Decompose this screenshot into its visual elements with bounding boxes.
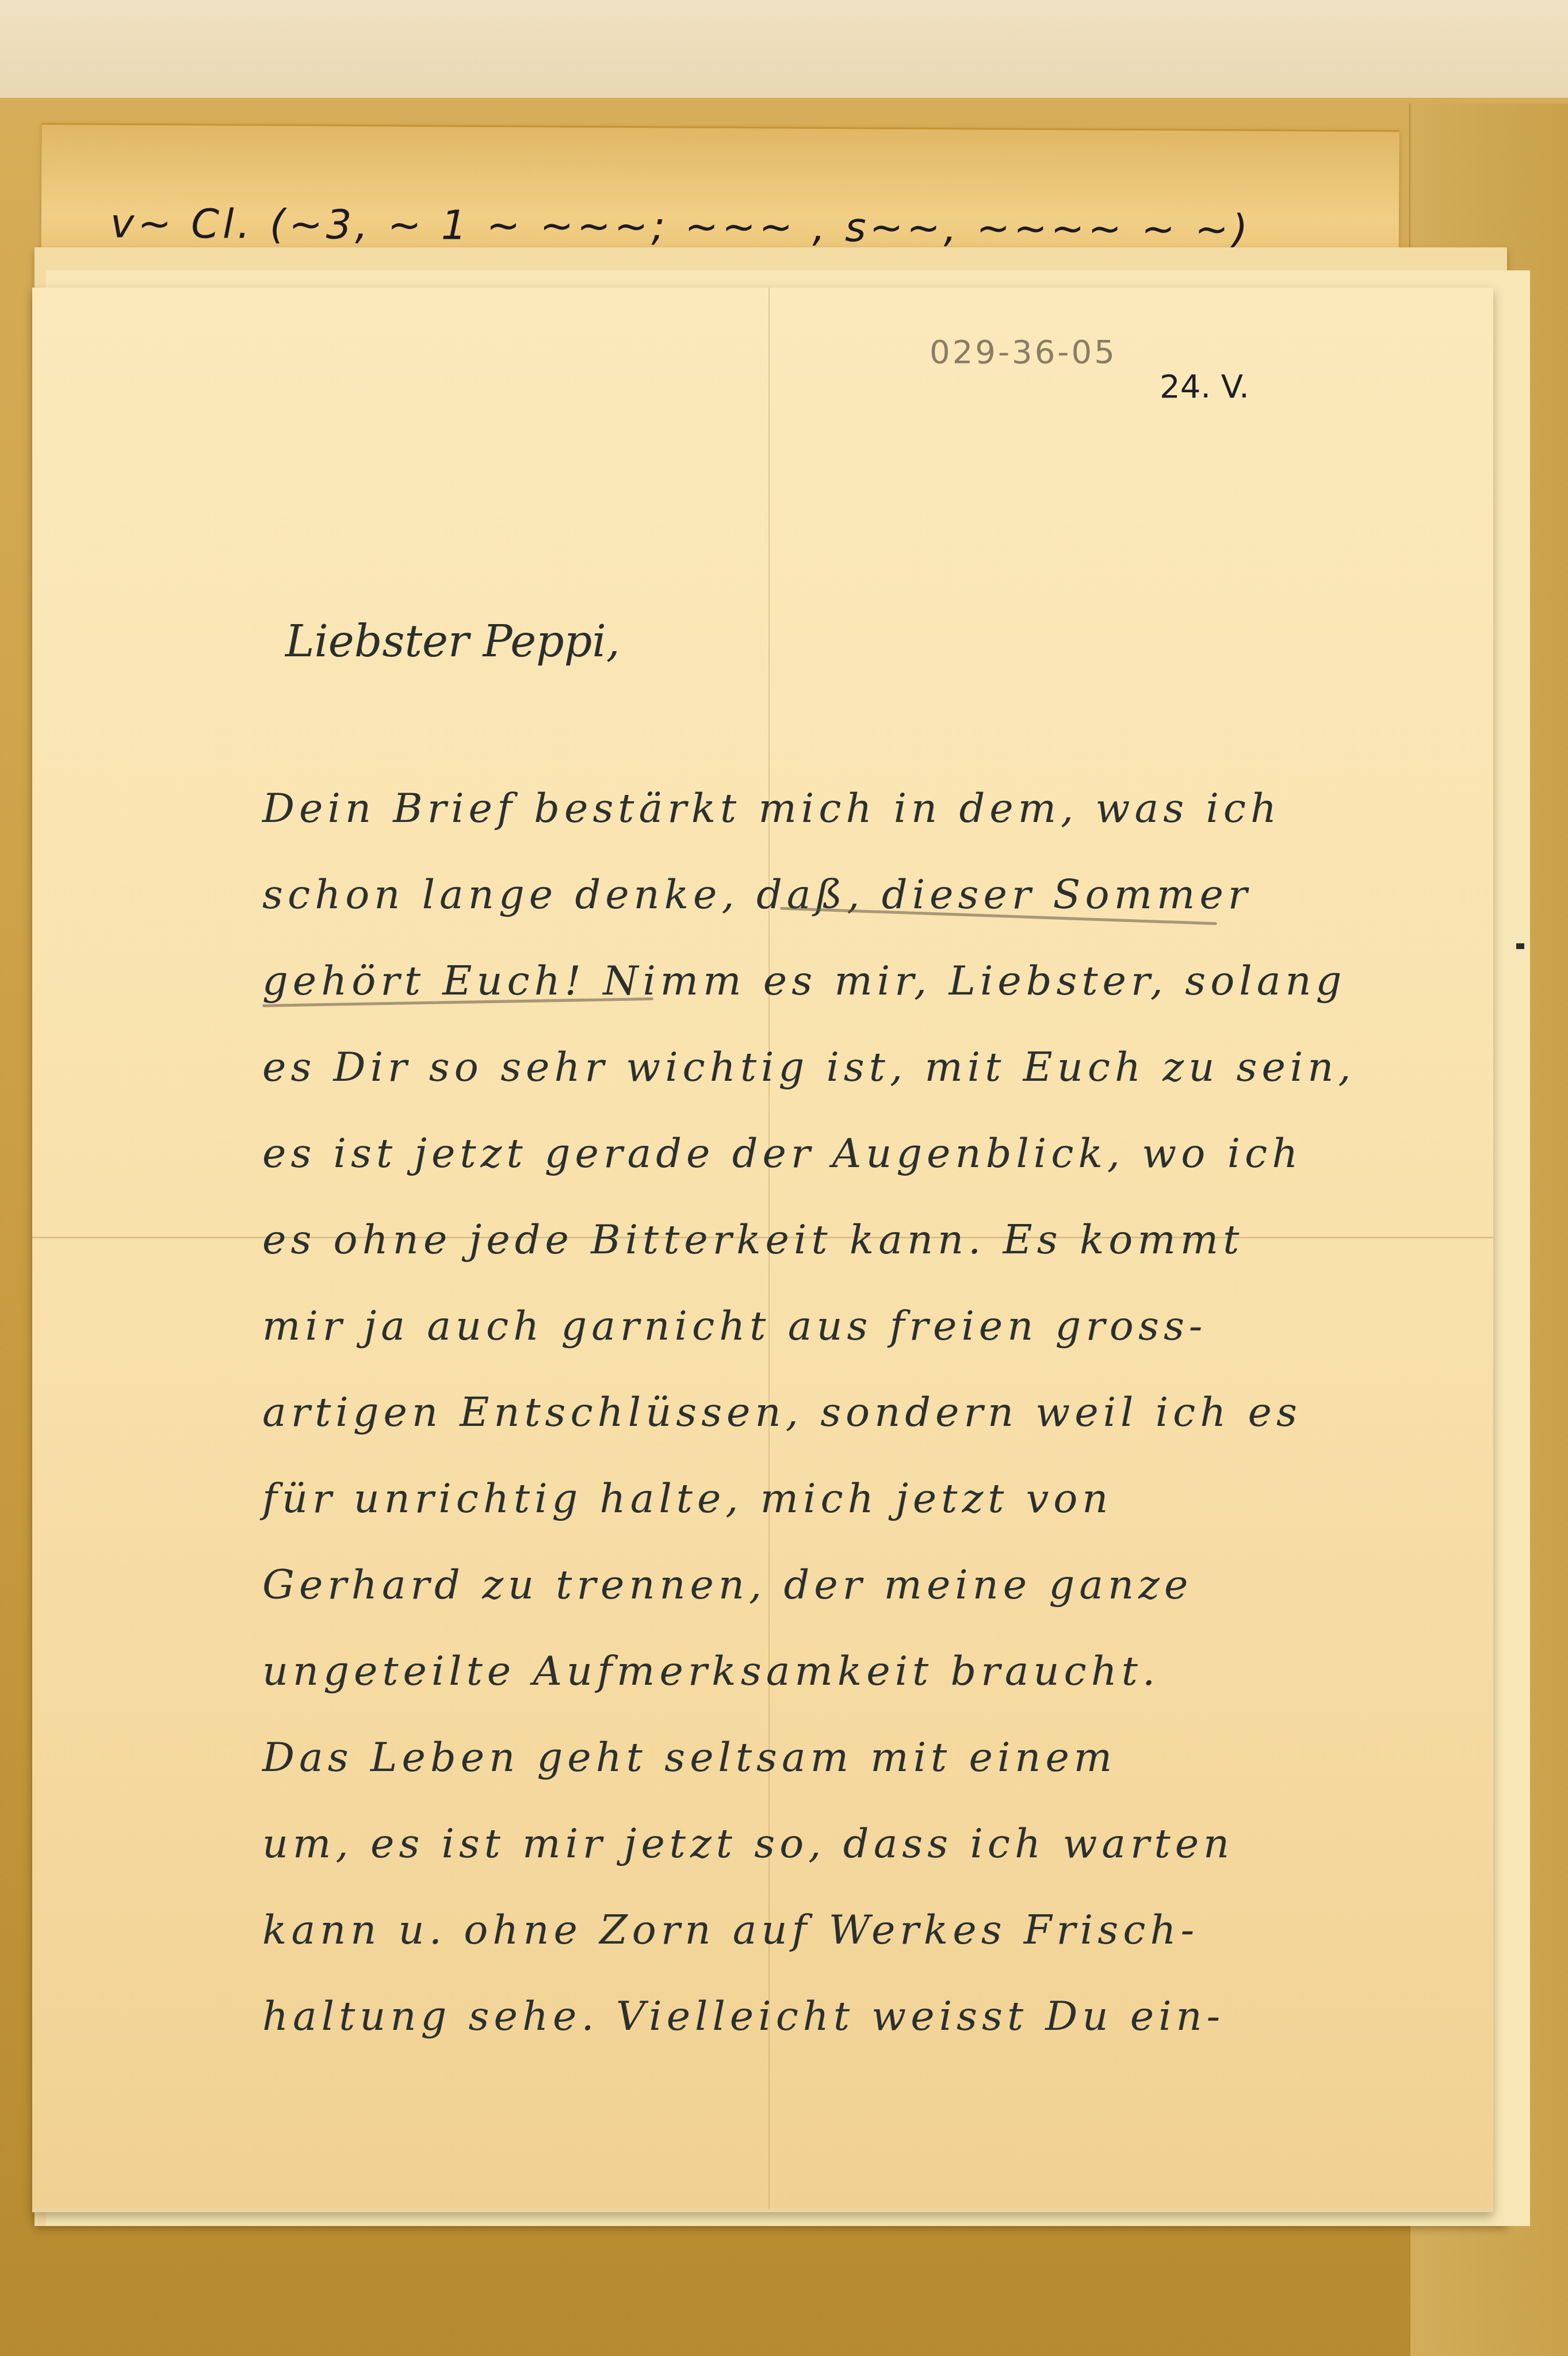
letter-line: Gerhard zu trennen, der meine ganze xyxy=(262,1542,1493,1628)
letter-line: schon lange denke, daß, dieser Sommer xyxy=(262,851,1493,938)
letter-line: für unrichtig halte, mich jetzt von xyxy=(262,1455,1493,1542)
letter-line: artigen Entschlüssen, sondern weil ich e… xyxy=(262,1369,1493,1455)
letter-date: 24. V. xyxy=(1160,368,1249,406)
letter-line: mir ja auch garnicht aus freien gross- xyxy=(262,1283,1493,1369)
letter-line: ungeteilte Aufmerksamkeit braucht. xyxy=(262,1628,1493,1714)
letter-page: 029-36-05 24. V. Liebster Peppi, Dein Br… xyxy=(32,288,1493,2212)
shorthand-text: v~ Cl. (~3, ~ 1 ~ ~~~; ~~~ , s~~, ~~~~ ~… xyxy=(110,200,1252,253)
letter-line: gehört Euch! Nimm es mir, Liebster, sola… xyxy=(262,938,1493,1024)
letter-line: Das Leben geht seltsam mit einem xyxy=(262,1714,1493,1800)
background-board xyxy=(0,0,1568,109)
letter-line: kann u. ohne Zorn auf Werkes Frisch- xyxy=(262,1887,1493,1973)
letter-line: es Dir so sehr wichtig ist, mit Euch zu … xyxy=(262,1024,1493,1110)
letter-line: es ohne jede Bitterkeit kann. Es kommt xyxy=(262,1196,1493,1283)
letter-line: Dein Brief bestärkt mich in dem, was ich xyxy=(262,765,1493,851)
letter-body: Dein Brief bestärkt mich in dem, was ich… xyxy=(262,765,1493,2059)
letter-line: um, es ist mir jetzt so, dass ich warten xyxy=(262,1800,1493,1887)
letter-line: es ist jetzt gerade der Augenblick, wo i… xyxy=(262,1110,1493,1196)
letter-greeting: Liebster Peppi, xyxy=(285,615,620,667)
letter-line: haltung sehe. Vielleicht weisst Du ein- xyxy=(262,1973,1493,2059)
margin-mark xyxy=(1516,943,1524,949)
archive-number: 029-36-05 xyxy=(930,334,1117,371)
